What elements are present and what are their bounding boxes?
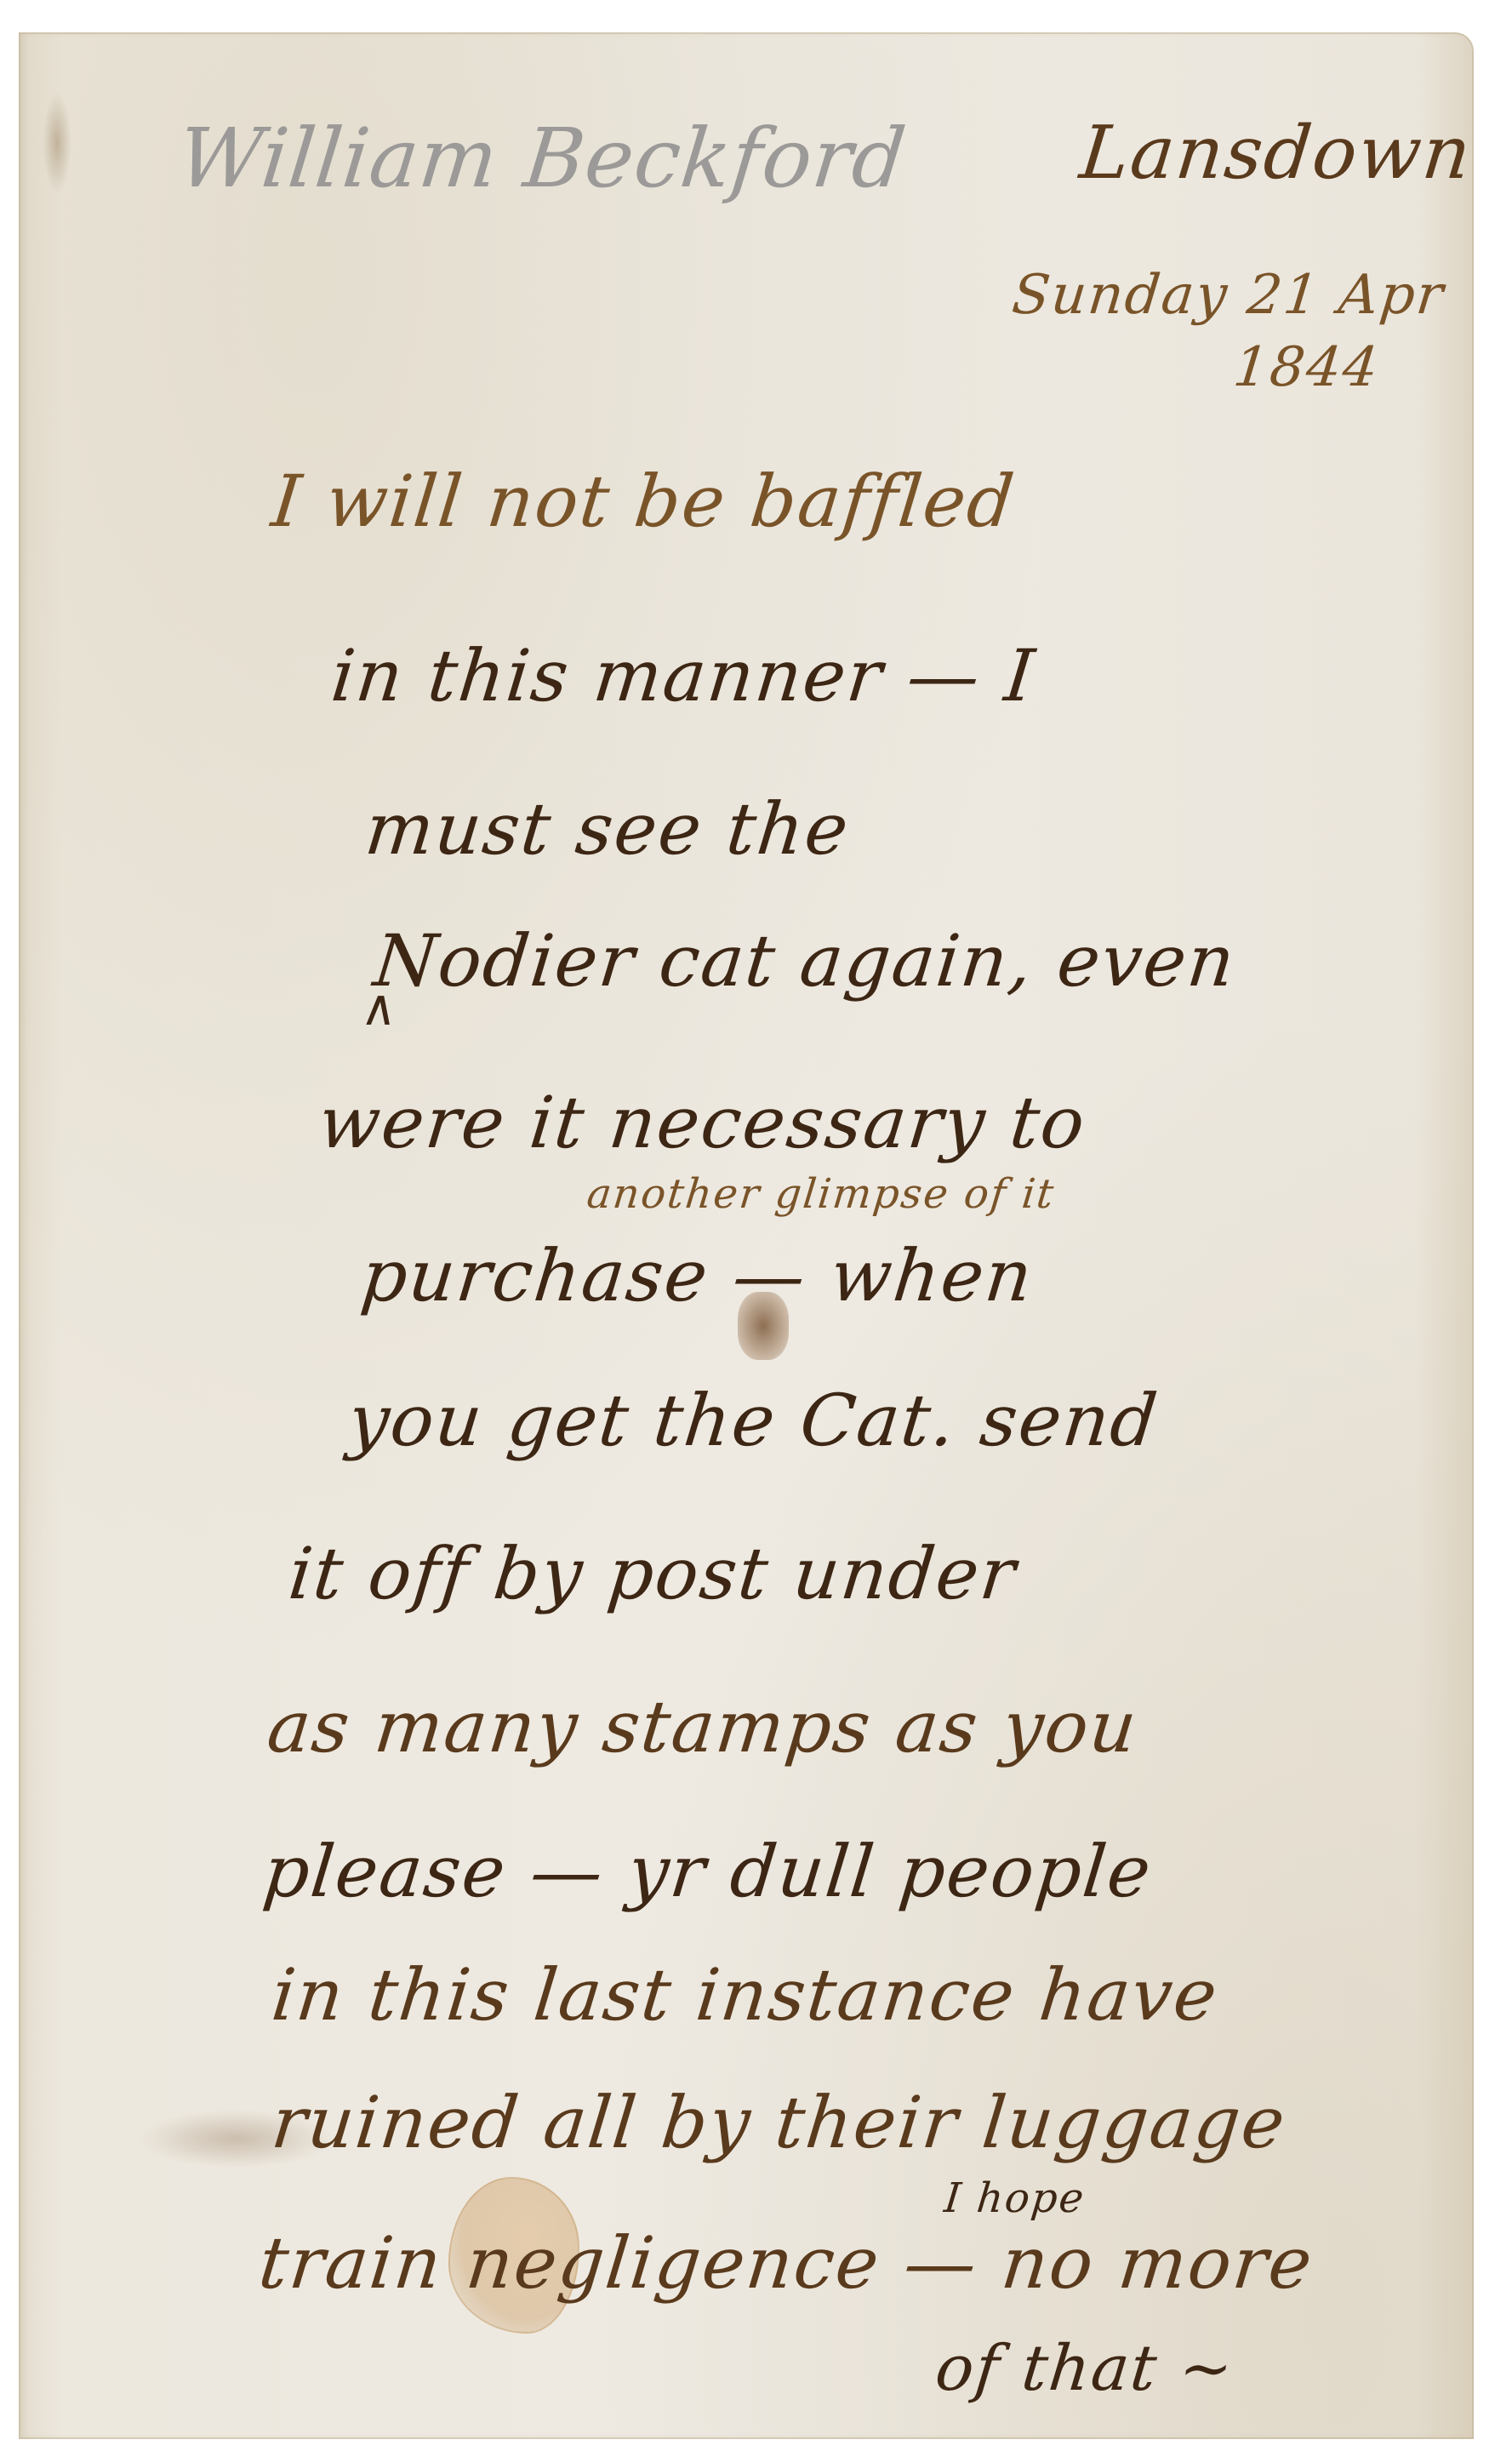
body-line-13: train negligence — no more (255, 2221, 1317, 2305)
body-line-7: you get the Cat. send (345, 1379, 1163, 1462)
insertion-caret: ∧ (358, 979, 402, 1037)
interlinear-insertion: another glimpse of it (585, 1170, 1058, 1218)
body-line-11: in this last instance have (268, 1953, 1223, 2037)
pencil-annotation: William Beckford (174, 111, 910, 206)
body-line-10: please — yr dull people (260, 1830, 1156, 1913)
body-line-6: purchase — when (357, 1234, 1038, 1317)
final-line: of that ~ (932, 2332, 1237, 2405)
body-line-2: in this manner — I (328, 634, 1040, 717)
body-line-4: Nodier cat again, even (370, 919, 1240, 1003)
letter-date: Sunday 21 Apr (1009, 264, 1447, 327)
foxing-stain (43, 92, 71, 194)
body-line-5: were it necessary to (315, 1081, 1090, 1164)
body-line-1: I will not be baffled (268, 460, 1019, 543)
body-line-3: must see the (362, 787, 853, 871)
letter-year: 1844 (1230, 336, 1383, 399)
interlinear-i-hope: I hope (942, 2174, 1087, 2222)
letter-place: Lansdown (1076, 111, 1476, 196)
body-line-8: it off by post under (285, 1532, 1021, 1615)
body-line-9: as many stamps as you (264, 1685, 1142, 1768)
body-line-12: ruined all by their luggage (268, 2081, 1291, 2164)
